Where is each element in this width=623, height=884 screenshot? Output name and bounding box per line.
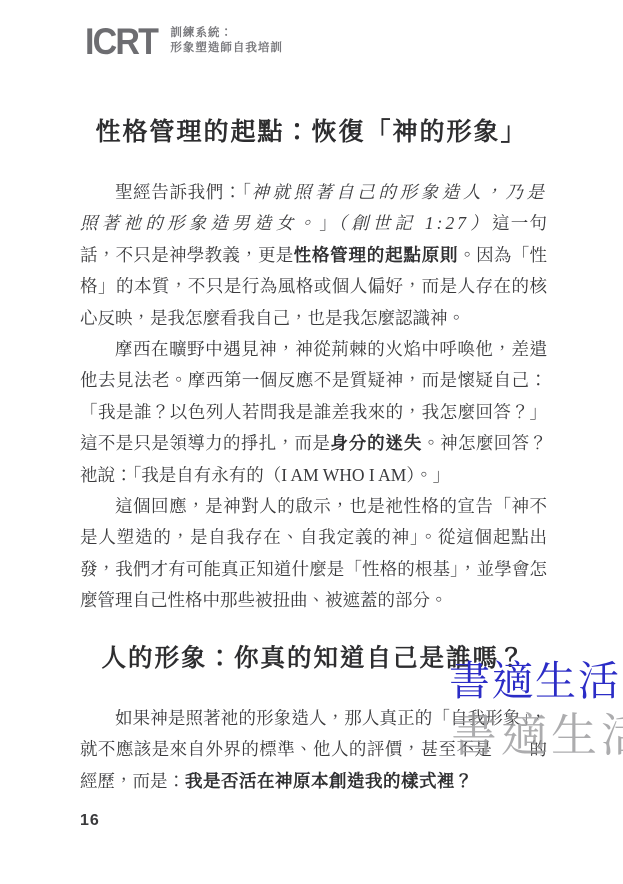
paragraph-3-text: 這個回應，是神對人的啟示，也是祂性格的宣告「神不是人塑造的，是自我存在、自我定義…	[80, 496, 547, 610]
bold-phrase-principle: 性格管理的起點原則	[294, 245, 459, 265]
body-text: 聖經告訴我們：「神就照著自己的形象造人，乃是照著祂的形象造男造女。」（創世記 1…	[80, 177, 547, 797]
paragraph-4-text: 如果神是照著祂的形象造人，那人真正的「自我形象」，就不應該是來自外界的標準、他人…	[80, 708, 547, 759]
section-heading-2: 人的形象：你真的知道自己是誰嗎？	[80, 644, 547, 674]
paragraph-1-text: 聖經告訴我們：「	[115, 182, 252, 202]
bold-phrase-question: 我是否活在神原本創造我的樣式裡？	[185, 771, 473, 791]
icrt-logo: ICRT	[85, 22, 157, 62]
brand-header: ICRT 訓練系統： 形象塑造師自我培訓	[85, 22, 283, 62]
paragraph-2: 摩西在曠野中遇見神，神從荊棘的火焰中呼喚他，差遣他去見法老。摩西第一個反應不是質…	[80, 334, 547, 491]
paragraph-4: 如果神是照著祂的形象造人，那人真正的「自我形象」，就不應該是來自外界的標準、他人…	[80, 703, 547, 797]
paragraph-1: 聖經告訴我們：「神就照著自己的形象造人，乃是照著祂的形象造男造女。」（創世記 1…	[80, 177, 547, 334]
brand-subtitle: 訓練系統： 形象塑造師自我培訓	[170, 22, 283, 56]
paragraph-3: 這個回應，是神對人的啟示，也是祂性格的宣告「神不是人塑造的，是自我存在、自我定義…	[80, 491, 547, 617]
paragraph-1-text: 」	[319, 213, 338, 233]
page-number: 16	[80, 812, 100, 830]
section-heading-1: 性格管理的起點：恢復「神的形象」	[0, 112, 623, 148]
book-page: ICRT 訓練系統： 形象塑造師自我培訓 性格管理的起點：恢復「神的形象」 聖經…	[0, 0, 623, 884]
brand-subtitle-line1: 訓練系統：	[170, 27, 233, 39]
bold-phrase-identity: 身分的迷失	[330, 433, 422, 453]
brand-subtitle-line2: 形象塑造師自我培訓	[170, 42, 283, 54]
scripture-reference: （創世記 1:27）	[338, 213, 492, 233]
